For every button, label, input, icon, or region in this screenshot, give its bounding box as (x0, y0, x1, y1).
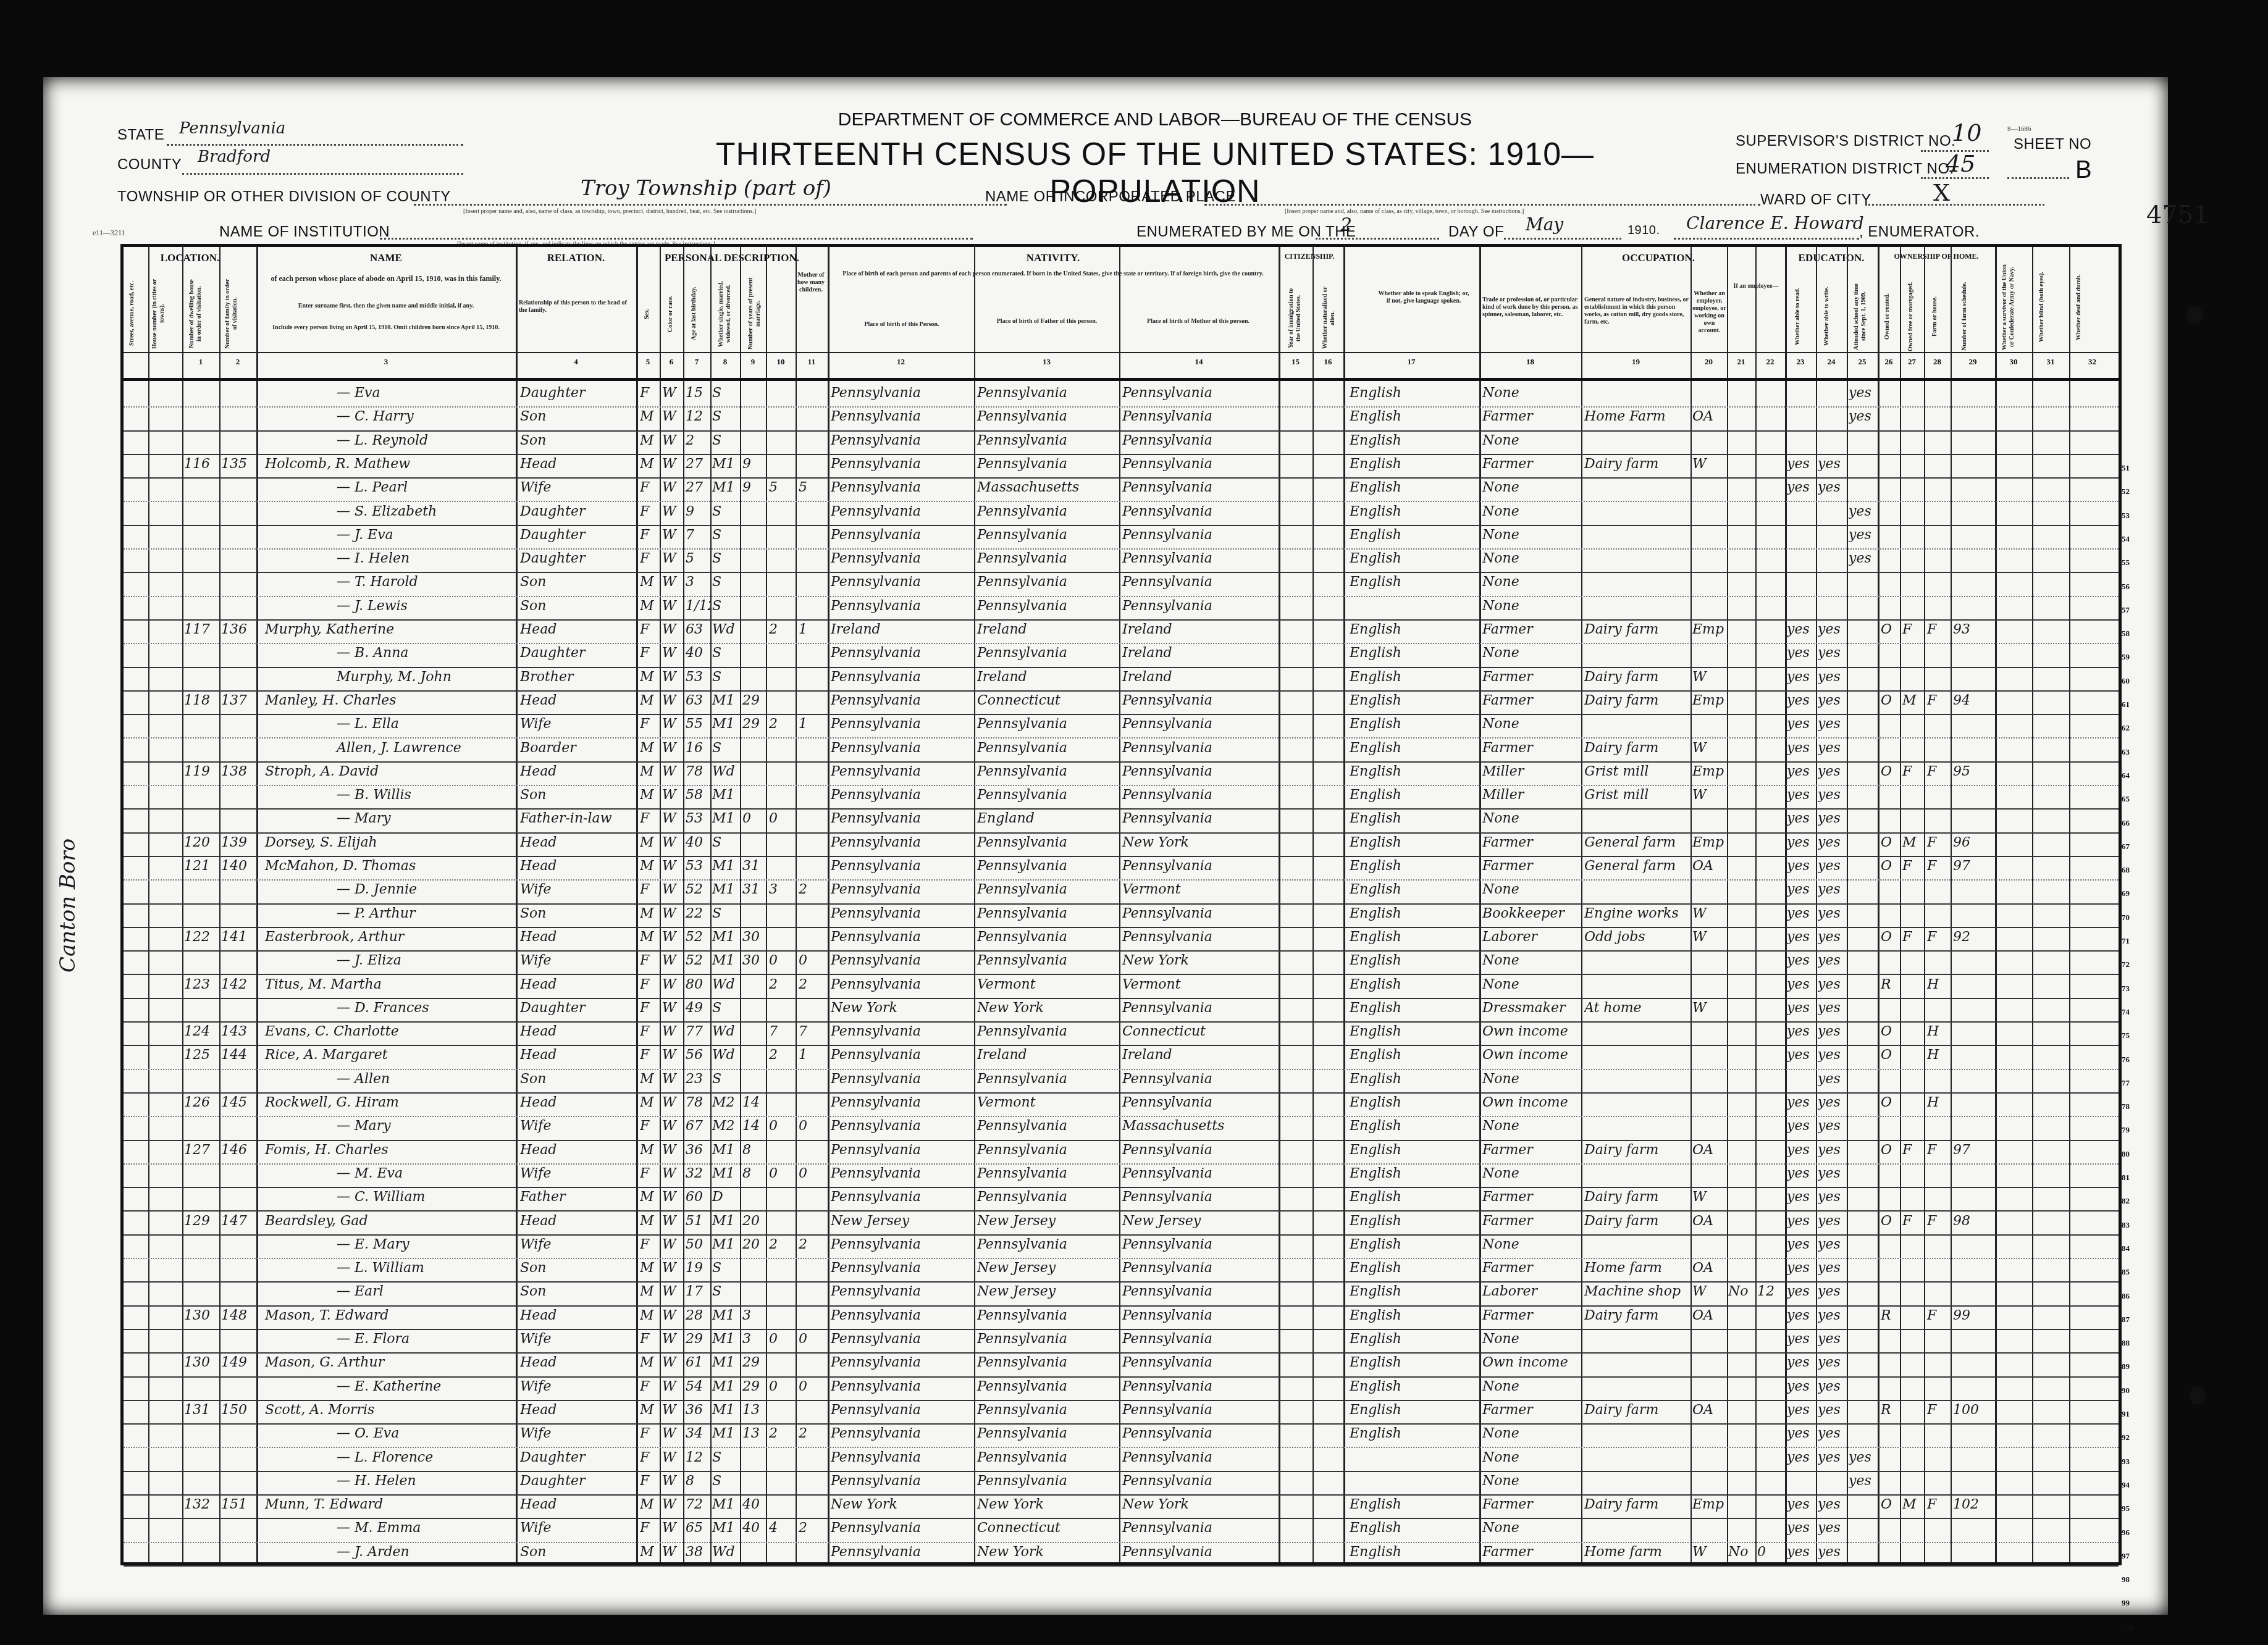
table-row: 116135Holcomb, R. MathewHeadMW27M19Penns… (124, 454, 2119, 479)
blind-header: Whether blind (both eyes). (2038, 262, 2046, 352)
cell-lang: English (1350, 622, 1476, 637)
cell-fh: F (1927, 1308, 1949, 1323)
cell-emp: W (1692, 1189, 1726, 1205)
census-rows: — EvaDaughterFW15SPennsylvaniaPennsylvan… (124, 383, 2119, 1562)
cell-rel: Wife (520, 882, 634, 897)
table-row: 123142Titus, M. MarthaHeadFW80Wd22Pennsy… (124, 974, 2119, 999)
cell-write: yes (1818, 906, 1846, 921)
cell-lang: English (1350, 1213, 1476, 1229)
cell-mbp: Pennsylvania (1122, 1237, 1277, 1252)
cell-fh: F (1927, 693, 1949, 708)
cell-liv: 0 (799, 1379, 825, 1394)
cell-ms: S (712, 551, 739, 566)
cell-age: 27 (686, 480, 710, 495)
cell-ms: M1 (712, 1213, 739, 1229)
cell-fbp: Ireland (977, 1047, 1118, 1063)
cell-rel: Brother (520, 669, 634, 685)
cell-occ: Farmer (1482, 1142, 1580, 1158)
cell-read: yes (1787, 929, 1815, 945)
cell-fbp: Pennsylvania (977, 433, 1118, 448)
cell-lang: English (1350, 787, 1476, 803)
cell-fbp: Pennsylvania (977, 551, 1118, 566)
cell-occ: Farmer (1482, 1189, 1580, 1205)
cell-lang: English (1350, 1426, 1476, 1441)
cell-rel: Daughter (520, 1450, 634, 1465)
census-table: LOCATION. NAME RELATION. PERSONAL DESCRI… (120, 244, 2122, 1565)
cell-read: yes (1787, 1142, 1815, 1158)
cell-fh: F (1927, 622, 1949, 637)
cell-rel: Head (520, 1095, 634, 1110)
cell-fh: F (1927, 764, 1949, 779)
cell-own: O (1881, 1047, 1899, 1063)
cell-sched: 99 (1953, 1308, 1994, 1323)
birth-mother-header: Place of birth of Mother of this person. (1121, 318, 1275, 325)
col-num-12: 12 (828, 357, 974, 367)
cell-lang: English (1350, 1047, 1476, 1063)
cell-ind: General farm (1584, 858, 1689, 874)
cell-rel: Head (520, 858, 634, 874)
cell-name: — L. Florence (262, 1450, 513, 1465)
cell-mort: M (1902, 693, 1923, 708)
cell-rel: Wife (520, 480, 634, 495)
cell-bp: Ireland (831, 622, 973, 637)
cell-ms: M1 (712, 811, 739, 826)
cell-fbp: Vermont (977, 977, 1118, 992)
birth-person-header: Place of birth of this Person. (831, 321, 973, 329)
cell-age: 5 (686, 551, 710, 566)
cell-race: W (662, 1331, 682, 1347)
cell-own: O (1881, 1142, 1899, 1158)
cell-age: 52 (686, 953, 710, 968)
cell-sex: F (640, 480, 658, 495)
cell-fam: 145 (221, 1095, 255, 1110)
cell-read: yes (1787, 1024, 1815, 1039)
table-row: — L. FlorenceDaughterFW12SPennsylvaniaPe… (124, 1447, 2119, 1472)
cell-ind: Dairy farm (1584, 1189, 1689, 1205)
cell-born: 0 (769, 1118, 794, 1134)
cell-ms: M1 (712, 480, 739, 495)
cell-bp: Pennsylvania (831, 645, 973, 661)
cell-ind: Dairy farm (1584, 1142, 1689, 1158)
cell-sched: 97 (1953, 858, 1994, 874)
cell-name: Murphy, Katherine (262, 622, 515, 637)
cell-sex: M (640, 1544, 658, 1560)
cell-mbp: Pennsylvania (1122, 1473, 1277, 1489)
cell-name: — D. Jennie (262, 882, 513, 897)
cell-bp: Pennsylvania (831, 1308, 973, 1323)
cell-ms: M1 (712, 1166, 739, 1181)
line-number: 52 (2122, 487, 2130, 496)
cell-race: W (662, 409, 682, 424)
cell-rel: Daughter (520, 645, 634, 661)
cell-yrs: 40 (742, 1520, 766, 1536)
cell-write: yes (1818, 1260, 1846, 1276)
sheet-value: B (2075, 156, 2092, 184)
cell-name: Murphy, M. John (262, 669, 513, 685)
cell-lang: English (1350, 1402, 1476, 1418)
day-of-label: DAY OF (1448, 224, 1504, 241)
cell-fbp: Pennsylvania (977, 456, 1118, 472)
cell-fam: 149 (221, 1355, 255, 1370)
cell-age: 2 (686, 433, 710, 448)
cell-ind: General farm (1584, 835, 1689, 850)
cell-fbp: Pennsylvania (977, 716, 1118, 732)
line-number: 70 (2122, 913, 2130, 923)
col-num-28: 28 (1924, 357, 1951, 367)
line-number: 95 (2122, 1504, 2130, 1513)
cell-name: Evans, C. Charlotte (262, 1024, 515, 1039)
cell-fam: 148 (221, 1308, 255, 1323)
cell-write: yes (1818, 1426, 1846, 1441)
cell-ms: S (712, 1071, 739, 1087)
cell-race: W (662, 551, 682, 566)
cell-write: yes (1818, 1544, 1846, 1560)
language-header: Whether able to speak English; or, if no… (1377, 290, 1470, 305)
ward-label: WARD OF CITY (1760, 191, 1871, 209)
col-num-24: 24 (1816, 357, 1847, 367)
cell-emp: W (1692, 1284, 1726, 1299)
cell-name: — E. Katherine (262, 1379, 513, 1394)
cell-sex: F (640, 953, 658, 968)
year-label: 1910. (1627, 224, 1660, 238)
farm-schedule-header: Number of farm schedule. (1961, 281, 1968, 352)
cell-rel: Head (520, 977, 634, 992)
cell-race: W (662, 645, 682, 661)
cell-liv: 1 (799, 1047, 825, 1063)
cell-born: 2 (769, 716, 794, 732)
cell-sex: F (640, 385, 658, 401)
table-row: 130149Mason, G. ArthurHeadMW61M129Pennsy… (124, 1352, 2119, 1377)
cell-fh: F (1927, 1213, 1949, 1229)
cell-mbp: Pennsylvania (1122, 1450, 1277, 1465)
line-number: 100 (2122, 1622, 2134, 1632)
cell-occ: Own income (1482, 1047, 1580, 1063)
cell-write: yes (1818, 1379, 1846, 1394)
cell-fam: 138 (221, 764, 255, 779)
cell-occ: Own income (1482, 1355, 1580, 1370)
cell-sex: M (640, 1402, 658, 1418)
cell-born: 2 (769, 1426, 794, 1441)
table-row: — L. PearlWifeFW27M1955PennsylvaniaMassa… (124, 477, 2119, 502)
cell-race: W (662, 433, 682, 448)
cell-race: W (662, 811, 682, 826)
cell-sex: M (640, 574, 658, 590)
cell-name: Rockwell, G. Hiram (262, 1095, 515, 1110)
cell-sex: M (640, 740, 658, 756)
cell-bp: Pennsylvania (831, 456, 973, 472)
cell-age: 58 (686, 787, 710, 803)
cell-bp: Pennsylvania (831, 1189, 973, 1205)
cell-mbp: Pennsylvania (1122, 551, 1277, 566)
cell-write: yes (1818, 1213, 1846, 1229)
cell-sex: M (640, 787, 658, 803)
sheet-line (2007, 177, 2069, 179)
ward-value: X (1933, 179, 1950, 206)
cell-liv: 0 (799, 953, 825, 968)
cell-mort: M (1902, 835, 1923, 850)
cell-yrs: 31 (742, 882, 766, 897)
cell-ms: S (712, 669, 739, 685)
col-num-21: 21 (1727, 357, 1755, 367)
cell-sex: M (640, 669, 658, 685)
cell-bp: Pennsylvania (831, 1095, 973, 1110)
cell-fbp: Ireland (977, 622, 1118, 637)
cell-yrs: 20 (742, 1213, 766, 1229)
cell-bp: Pennsylvania (831, 1331, 973, 1347)
table-row: 117136Murphy, KatherineHeadFW63Wd21Irela… (124, 619, 2119, 644)
group-nativity: NATIVITY. (828, 252, 1279, 264)
cell-liv: 0 (799, 1166, 825, 1181)
cell-yrs: 8 (742, 1166, 766, 1181)
cell-ind: Home Farm (1584, 409, 1689, 424)
cell-bp: Pennsylvania (831, 1473, 973, 1489)
line-number: 62 (2122, 723, 2130, 733)
cell-fam: 142 (221, 977, 255, 992)
cell-mbp: Pennsylvania (1122, 1284, 1277, 1299)
cell-own: O (1881, 1213, 1899, 1229)
cell-mbp: New York (1122, 835, 1277, 850)
cell-bp: Pennsylvania (831, 1024, 973, 1039)
cell-sex: M (640, 764, 658, 779)
cell-ind: Dairy farm (1584, 1213, 1689, 1229)
cell-race: W (662, 1284, 682, 1299)
line-number: 64 (2122, 771, 2130, 781)
ward-line (1865, 204, 2044, 206)
cell-born: 3 (769, 882, 794, 897)
cell-occ: None (1482, 433, 1580, 448)
cell-fbp: Pennsylvania (977, 764, 1118, 779)
cell-sex: F (640, 645, 658, 661)
cell-name: — Allen (262, 1071, 513, 1087)
cell-bp: New Jersey (831, 1213, 973, 1229)
cell-dw: 120 (184, 835, 218, 850)
cell-fbp: England (977, 811, 1118, 826)
cell-rel: Son (520, 574, 634, 590)
cell-yrs: 29 (742, 716, 766, 732)
cell-sex: M (640, 1142, 658, 1158)
cell-write: yes (1818, 1237, 1846, 1252)
owned-header: Owned or rented. (1884, 281, 1891, 352)
industry-header: General nature of industry, business, or… (1584, 296, 1689, 326)
cell-occ: Farmer (1482, 1260, 1580, 1276)
cell-occ: Farmer (1482, 1308, 1580, 1323)
cell-read: yes (1787, 1308, 1815, 1323)
line-number: 93 (2122, 1457, 2130, 1467)
cell-yrs: 13 (742, 1402, 766, 1418)
col-num-26: 26 (1878, 357, 1900, 367)
name-instruction: Enter surname first, then the given name… (259, 303, 513, 310)
cell-occ: None (1482, 645, 1580, 661)
cell-occ: Bookkeeper (1482, 906, 1580, 921)
line-number: 81 (2122, 1173, 2130, 1182)
cell-lang: English (1350, 1284, 1476, 1299)
cell-yrs: 13 (742, 1426, 766, 1441)
margin-number: 4751 (2146, 201, 2209, 229)
nativity-description: Place of birth of each person and parent… (831, 270, 1275, 278)
cell-lang: English (1350, 858, 1476, 874)
cell-ms: M1 (712, 787, 739, 803)
cell-ms: M1 (712, 1308, 739, 1323)
cell-mbp: Ireland (1122, 1047, 1277, 1063)
enumeration-value: 45 (1946, 150, 1975, 177)
cell-fam: 143 (221, 1024, 255, 1039)
cell-liv: 1 (799, 716, 825, 732)
cell-lang: English (1350, 433, 1476, 448)
cell-emp: W (1692, 740, 1726, 756)
cell-occ: Farmer (1482, 835, 1580, 850)
cell-fam: 135 (221, 456, 255, 472)
cell-read: yes (1787, 1095, 1815, 1110)
cell-yrs: 20 (742, 1237, 766, 1252)
cell-mort: F (1902, 1213, 1923, 1229)
cell-ms: S (712, 385, 739, 401)
cell-age: 12 (686, 1450, 710, 1465)
line-number: 54 (2122, 534, 2130, 544)
col-num-31: 31 (2032, 357, 2069, 367)
cell-bp: Pennsylvania (831, 1402, 973, 1418)
cell-sex: M (640, 858, 658, 874)
cell-bp: Pennsylvania (831, 693, 973, 708)
naturalized-header: Whether naturalized or alien. (1322, 284, 1337, 352)
cell-bp: Pennsylvania (831, 1426, 973, 1441)
cell-dw: 123 (184, 977, 218, 992)
cell-sex: M (640, 1071, 658, 1087)
cell-fbp: Pennsylvania (977, 1189, 1118, 1205)
cell-read: yes (1787, 1284, 1815, 1299)
cell-sex: M (640, 1497, 658, 1512)
cell-liv: 5 (799, 480, 825, 495)
cell-occ: Laborer (1482, 929, 1580, 945)
cell-ind: Grist mill (1584, 787, 1689, 803)
cell-rel: Head (520, 764, 634, 779)
cell-fam: 140 (221, 858, 255, 874)
cell-rel: Head (520, 1142, 634, 1158)
cell-occ: Farmer (1482, 669, 1580, 685)
cell-ms: M2 (712, 1118, 739, 1134)
cell-ms: M1 (712, 1237, 739, 1252)
cell-mbp: Pennsylvania (1122, 504, 1277, 519)
relation-description: Relationship of this person to the head … (519, 299, 633, 314)
col-num-6: 6 (660, 357, 683, 367)
col-num-18: 18 (1479, 357, 1581, 367)
cell-emp: W (1692, 456, 1726, 472)
cell-school: yes (1849, 385, 1877, 401)
cell-read: yes (1787, 1450, 1815, 1465)
table-row: — S. ElizabethDaughterFW9SPennsylvaniaPe… (124, 501, 2119, 526)
cell-fbp: Pennsylvania (977, 1118, 1118, 1134)
cell-school: yes (1849, 1450, 1877, 1465)
line-number: 87 (2122, 1315, 2130, 1325)
cell-age: 34 (686, 1426, 710, 1441)
cell-fbp: Pennsylvania (977, 929, 1118, 945)
cell-sex: M (640, 1284, 658, 1299)
cell-bp: Pennsylvania (831, 574, 973, 590)
table-row: — J. LewisSonMW1/12SPennsylvaniaPennsylv… (124, 596, 2119, 621)
cell-born: 2 (769, 622, 794, 637)
cell-occ: None (1482, 716, 1580, 732)
cell-age: 80 (686, 977, 710, 992)
cell-fbp: New Jersey (977, 1213, 1118, 1229)
cell-out: No (1728, 1544, 1754, 1560)
cell-lang: English (1350, 716, 1476, 732)
cell-write: yes (1818, 1308, 1846, 1323)
cell-liv: 2 (799, 1426, 825, 1441)
cell-bp: Pennsylvania (831, 504, 973, 519)
cell-age: 61 (686, 1355, 710, 1370)
cell-name: — J. Arden (262, 1544, 513, 1560)
cell-lang: English (1350, 906, 1476, 921)
cell-age: 12 (686, 409, 710, 424)
cell-ms: S (712, 906, 739, 921)
col-num-10: 10 (766, 357, 796, 367)
enumeration-line (1921, 177, 1989, 179)
group-education: EDUCATION. (1785, 252, 1878, 264)
cell-lang: English (1350, 953, 1476, 968)
cell-race: W (662, 1118, 682, 1134)
cell-own: R (1881, 977, 1899, 992)
cell-read: yes (1787, 764, 1815, 779)
cell-dw: 124 (184, 1024, 218, 1039)
line-number: 68 (2122, 865, 2130, 875)
cell-liv: 2 (799, 1237, 825, 1252)
cell-occ: None (1482, 527, 1580, 543)
cell-read: yes (1787, 858, 1815, 874)
cell-name: Easterbrook, Arthur (262, 929, 515, 945)
cell-age: 17 (686, 1284, 710, 1299)
cell-rel: Wife (520, 953, 634, 968)
cell-rel: Head (520, 1047, 634, 1063)
cell-lang: English (1350, 929, 1476, 945)
cell-bp: Pennsylvania (831, 906, 973, 921)
cell-mbp: Pennsylvania (1122, 574, 1277, 590)
table-row: — E. FloraWifeFW29M1300PennsylvaniaPenns… (124, 1329, 2119, 1354)
cell-emp: OA (1692, 1402, 1726, 1418)
cell-bp: Pennsylvania (831, 1237, 973, 1252)
line-number: 72 (2122, 960, 2130, 969)
cell-emp: OA (1692, 1260, 1726, 1276)
cell-age: 56 (686, 1047, 710, 1063)
cell-yrs: 14 (742, 1118, 766, 1134)
cell-sex: F (640, 622, 658, 637)
cell-ms: Wd (712, 622, 739, 637)
cell-fbp: Pennsylvania (977, 574, 1118, 590)
cell-name: — J. Lewis (262, 598, 513, 614)
cell-write: yes (1818, 740, 1846, 756)
cell-emp: OA (1692, 1308, 1726, 1323)
table-row: 127146Fomis, H. CharlesHeadMW36M18Pennsy… (124, 1140, 2119, 1165)
cell-rel: Head (520, 1308, 634, 1323)
cell-mbp: Pennsylvania (1122, 527, 1277, 543)
cell-yrs: 0 (742, 811, 766, 826)
line-number: 99 (2122, 1598, 2130, 1608)
cell-read: yes (1787, 1237, 1815, 1252)
cell-sex: F (640, 527, 658, 543)
cell-age: 50 (686, 1237, 710, 1252)
line-number: 56 (2122, 582, 2130, 592)
cell-age: 49 (686, 1000, 710, 1016)
cell-lang: English (1350, 527, 1476, 543)
cell-age: 22 (686, 906, 710, 921)
cell-race: W (662, 504, 682, 519)
cell-read: yes (1787, 1166, 1815, 1181)
cell-bp: Pennsylvania (831, 1047, 973, 1063)
cell-occ: None (1482, 1379, 1580, 1394)
cell-yrs: 14 (742, 1095, 766, 1110)
cell-race: W (662, 1355, 682, 1370)
cell-occ: None (1482, 574, 1580, 590)
cell-occ: Farmer (1482, 1544, 1580, 1560)
cell-fam: 150 (221, 1402, 255, 1418)
